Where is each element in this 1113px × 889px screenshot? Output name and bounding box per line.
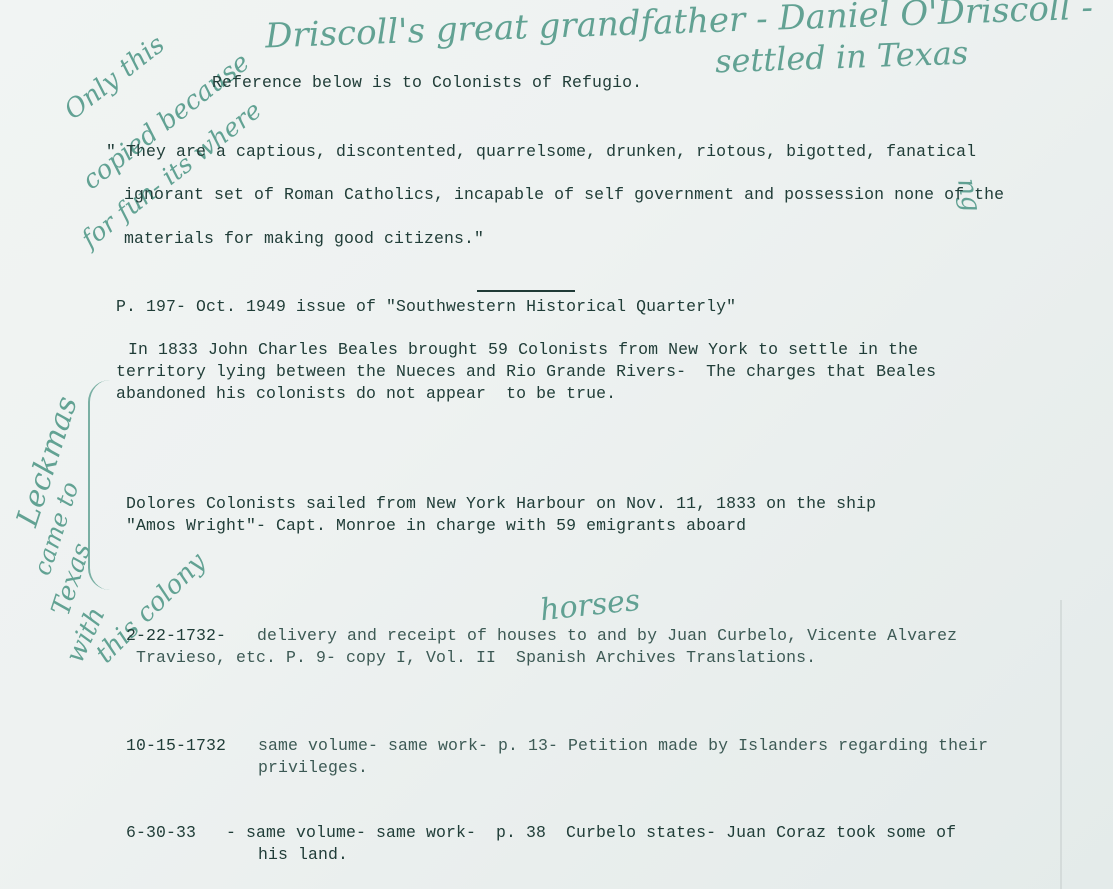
handwritten-bracket <box>88 380 110 590</box>
entry-date: 10-15-1732 <box>126 735 226 757</box>
dolores-line-2: "Amos Wright"- Capt. Monroe in charge wi… <box>126 515 746 537</box>
header-line: Reference below is to Colonists of Refug… <box>212 72 642 94</box>
entry-line-2: Travieso, etc. P. 9- copy I, Vol. II Spa… <box>136 647 816 669</box>
beales-line-2: territory lying between the Nueces and R… <box>116 361 936 383</box>
entry-line-1: same volume- same work- p. 13- Petition … <box>258 735 988 757</box>
beales-line-3: abandoned his colonists do not appear to… <box>116 383 616 405</box>
quote-line-1: " They are a captious, discontented, qua… <box>106 141 976 163</box>
handwritten-correction-horses: horses <box>538 583 641 628</box>
title-overline <box>477 290 575 292</box>
handwritten-note-driscoll: Driscoll's great grandfather - Daniel O'… <box>265 0 1094 56</box>
quote-line-3: materials for making good citizens." <box>124 228 484 250</box>
entry-date: 2-22-1732- <box>126 625 226 647</box>
quote-line-2: ignorant set of Roman Catholics, incapab… <box>124 184 1004 206</box>
entry-line-2: privileges. <box>258 757 368 779</box>
beales-line-1: In 1833 John Charles Beales brought 59 C… <box>128 339 918 361</box>
paper-crease <box>1060 600 1062 889</box>
scanned-document-page: Only this copied because for fun- its wh… <box>0 0 1113 889</box>
source-citation: P. 197- Oct. 1949 issue of "Southwestern… <box>116 296 736 318</box>
entry-line-2: his land. <box>258 844 348 866</box>
entry-line-1: delivery and receipt of houses to and by… <box>257 625 957 647</box>
handwritten-note-settled-texas: settled in Texas <box>714 34 968 81</box>
entry-line-1: - same volume- same work- p. 38 Curbelo … <box>226 822 956 844</box>
dolores-line-1: Dolores Colonists sailed from New York H… <box>126 493 876 515</box>
entry-date: 6-30-33 <box>126 822 196 844</box>
